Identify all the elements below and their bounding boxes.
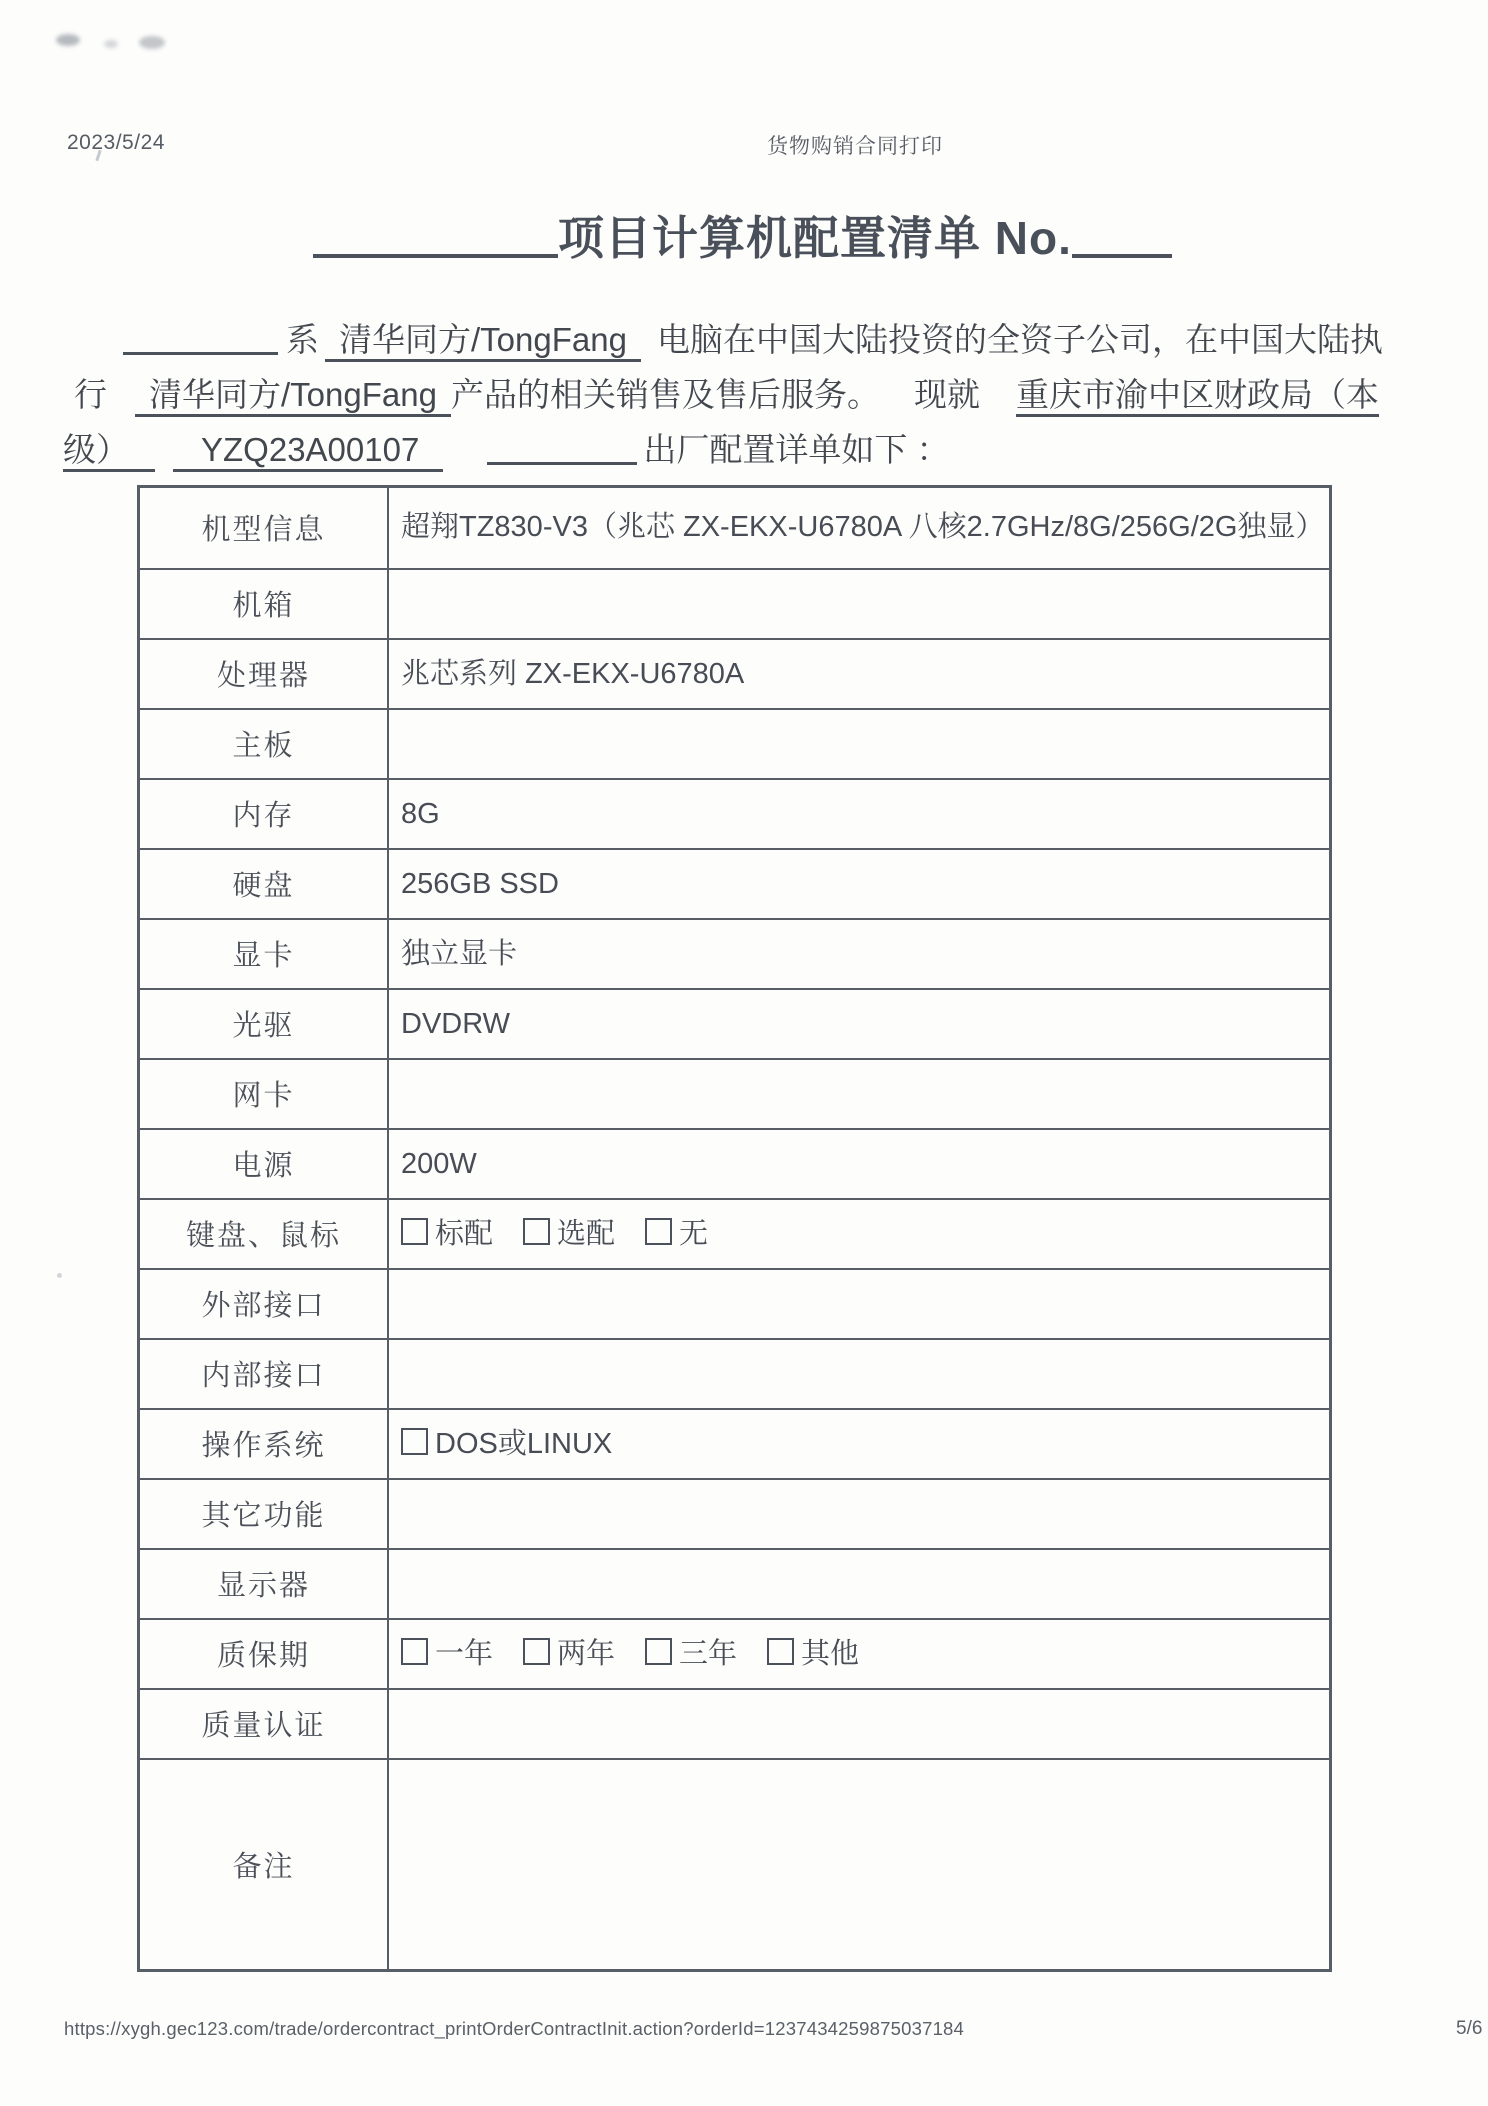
table-row: 光驱DVDRW xyxy=(139,989,1331,1059)
table-row: 机型信息超翔TZ830-V3（兆芯 ZX-EKX-U6780A 八核2.7GHz… xyxy=(139,487,1331,569)
spec-value xyxy=(388,1689,1331,1759)
checkbox-label: 选配 xyxy=(557,1218,615,1250)
checkbox-label: 无 xyxy=(679,1218,708,1250)
spec-table: 机型信息超翔TZ830-V3（兆芯 ZX-EKX-U6780A 八核2.7GHz… xyxy=(137,485,1332,1972)
table-row: 质保期一年两年三年其他 xyxy=(139,1619,1331,1689)
checkbox-label: DOS或LINUX xyxy=(435,1428,612,1460)
checkbox-icon xyxy=(767,1638,794,1665)
spec-label: 显卡 xyxy=(139,919,389,989)
spec-label: 外部接口 xyxy=(139,1269,389,1339)
intro-text: 电脑在中国大陆投资的全资子公司，在中国大陆执 xyxy=(657,321,1383,358)
table-row: 备注 xyxy=(139,1759,1331,1971)
spec-value: 标配选配无 xyxy=(388,1199,1331,1269)
seller-company-name: 清华同方/TongFang xyxy=(325,321,641,362)
blank-underline xyxy=(487,460,637,465)
buyer-name-continued: 级） xyxy=(63,431,155,472)
table-row: 外部接口 xyxy=(139,1269,1331,1339)
spec-label: 网卡 xyxy=(139,1059,389,1129)
spec-label: 操作系统 xyxy=(139,1409,389,1479)
intro-line-1: 系清华同方/TongFang电脑在中国大陆投资的全资子公司，在中国大陆执 xyxy=(123,312,1383,367)
spec-label: 内部接口 xyxy=(139,1339,389,1409)
checkbox-label: 两年 xyxy=(557,1638,615,1670)
table-row: 内部接口 xyxy=(139,1339,1331,1409)
table-row: 网卡 xyxy=(139,1059,1331,1129)
spec-label: 备注 xyxy=(139,1759,389,1971)
intro-text: 系 xyxy=(286,321,319,358)
table-row: 电源200W xyxy=(139,1129,1331,1199)
seller-company-name: 清华同方/TongFang xyxy=(135,376,451,417)
spec-label: 硬盘 xyxy=(139,849,389,919)
spec-label: 主板 xyxy=(139,709,389,779)
table-row: 显卡独立显卡 xyxy=(139,919,1331,989)
spec-label: 机箱 xyxy=(139,569,389,639)
blank-underline xyxy=(313,252,558,258)
spec-label: 电源 xyxy=(139,1129,389,1199)
checkbox-option: 两年 xyxy=(523,1638,615,1670)
table-row: 内存8G xyxy=(139,779,1331,849)
table-row: 显示器 xyxy=(139,1549,1331,1619)
spec-label: 处理器 xyxy=(139,639,389,709)
spec-value xyxy=(388,1759,1331,1971)
spec-value xyxy=(388,1479,1331,1549)
intro-text: 行 xyxy=(74,376,107,413)
table-row: 其它功能 xyxy=(139,1479,1331,1549)
table-row: 质量认证 xyxy=(139,1689,1331,1759)
spec-label: 内存 xyxy=(139,779,389,849)
checkbox-label: 其他 xyxy=(801,1638,859,1670)
scan-mark xyxy=(57,1273,62,1278)
spec-value: 一年两年三年其他 xyxy=(388,1619,1331,1689)
spec-value: 200W xyxy=(388,1129,1331,1199)
spec-value xyxy=(388,569,1331,639)
checkbox-icon xyxy=(401,1638,428,1665)
checkbox-option: 三年 xyxy=(645,1638,737,1670)
table-row: 键盘、鼠标标配选配无 xyxy=(139,1199,1331,1269)
page-number: 5/6 xyxy=(1456,2018,1482,2040)
intro-text: 产品的相关销售及售后服务。 xyxy=(451,376,880,413)
spec-value: DVDRW xyxy=(388,989,1331,1059)
scanned-document-page: { "header": { "date": "2023/5/24", "doc_… xyxy=(0,0,1488,2106)
footer-url: https://xygh.gec123.com/trade/ordercontr… xyxy=(64,2018,964,2040)
spec-label: 其它功能 xyxy=(139,1479,389,1549)
scan-smudge xyxy=(104,40,118,48)
heading-text: 项目计算机配置清单 No. xyxy=(558,212,1072,264)
checkbox-option: 选配 xyxy=(523,1218,615,1250)
order-number: YZQ23A00107 xyxy=(173,431,443,472)
spec-label: 键盘、鼠标 xyxy=(139,1199,389,1269)
checkbox-icon xyxy=(645,1218,672,1245)
checkbox-option: DOS或LINUX xyxy=(401,1428,612,1460)
intro-text: 现就 xyxy=(914,376,980,413)
checkbox-label: 一年 xyxy=(435,1638,493,1670)
checkbox-icon xyxy=(645,1638,672,1665)
spec-label: 机型信息 xyxy=(139,487,389,569)
spec-value xyxy=(388,709,1331,779)
intro-text: 出厂配置详单如下 ： xyxy=(643,431,949,468)
buyer-name: 重庆市渝中区财政局（本 xyxy=(1016,376,1379,417)
table-row: 硬盘256GB SSD xyxy=(139,849,1331,919)
spec-label: 光驱 xyxy=(139,989,389,1059)
spec-value: DOS或LINUX xyxy=(388,1409,1331,1479)
scan-smudge xyxy=(139,36,165,49)
spec-label: 质保期 xyxy=(139,1619,389,1689)
print-doc-title: 货物购销合同打印 xyxy=(767,130,943,160)
checkbox-option: 其他 xyxy=(767,1638,859,1670)
checkbox-option: 一年 xyxy=(401,1638,493,1670)
table-row: 处理器兆芯系列 ZX-EKX-U6780A xyxy=(139,639,1331,709)
intro-line-2: 行清华同方/TongFang产品的相关销售及售后服务。现就重庆市渝中区财政局（本 xyxy=(74,367,1383,422)
table-row: 操作系统DOS或LINUX xyxy=(139,1409,1331,1479)
checkbox-label: 三年 xyxy=(679,1638,737,1670)
intro-line-3: 级）YZQ23A00107出厂配置详单如下 ： xyxy=(63,422,1383,477)
table-row: 机箱 xyxy=(139,569,1331,639)
spec-label: 质量认证 xyxy=(139,1689,389,1759)
checkbox-icon xyxy=(523,1638,550,1665)
blank-underline xyxy=(1072,252,1172,258)
spec-value: 超翔TZ830-V3（兆芯 ZX-EKX-U6780A 八核2.7GHz/8G/… xyxy=(388,487,1331,569)
spec-value: 独立显卡 xyxy=(388,919,1331,989)
spec-value xyxy=(388,1549,1331,1619)
spec-value: 8G xyxy=(388,779,1331,849)
spec-label: 显示器 xyxy=(139,1549,389,1619)
intro-paragraph: 系清华同方/TongFang电脑在中国大陆投资的全资子公司，在中国大陆执 行清华… xyxy=(63,312,1383,477)
spec-table-body: 机型信息超翔TZ830-V3（兆芯 ZX-EKX-U6780A 八核2.7GHz… xyxy=(139,487,1331,1971)
blank-underline xyxy=(123,350,278,355)
print-date: 2023/5/24 xyxy=(67,131,165,155)
document-heading: 项目计算机配置清单 No. xyxy=(313,202,1172,268)
checkbox-icon xyxy=(523,1218,550,1245)
checkbox-label: 标配 xyxy=(435,1218,493,1250)
checkbox-icon xyxy=(401,1218,428,1245)
scan-smudge xyxy=(56,34,80,46)
spec-value xyxy=(388,1059,1331,1129)
spec-value: 256GB SSD xyxy=(388,849,1331,919)
spec-value xyxy=(388,1339,1331,1409)
checkbox-option: 标配 xyxy=(401,1218,493,1250)
checkbox-option: 无 xyxy=(645,1218,708,1250)
spec-value: 兆芯系列 ZX-EKX-U6780A xyxy=(388,639,1331,709)
spec-value xyxy=(388,1269,1331,1339)
checkbox-icon xyxy=(401,1428,428,1455)
table-row: 主板 xyxy=(139,709,1331,779)
